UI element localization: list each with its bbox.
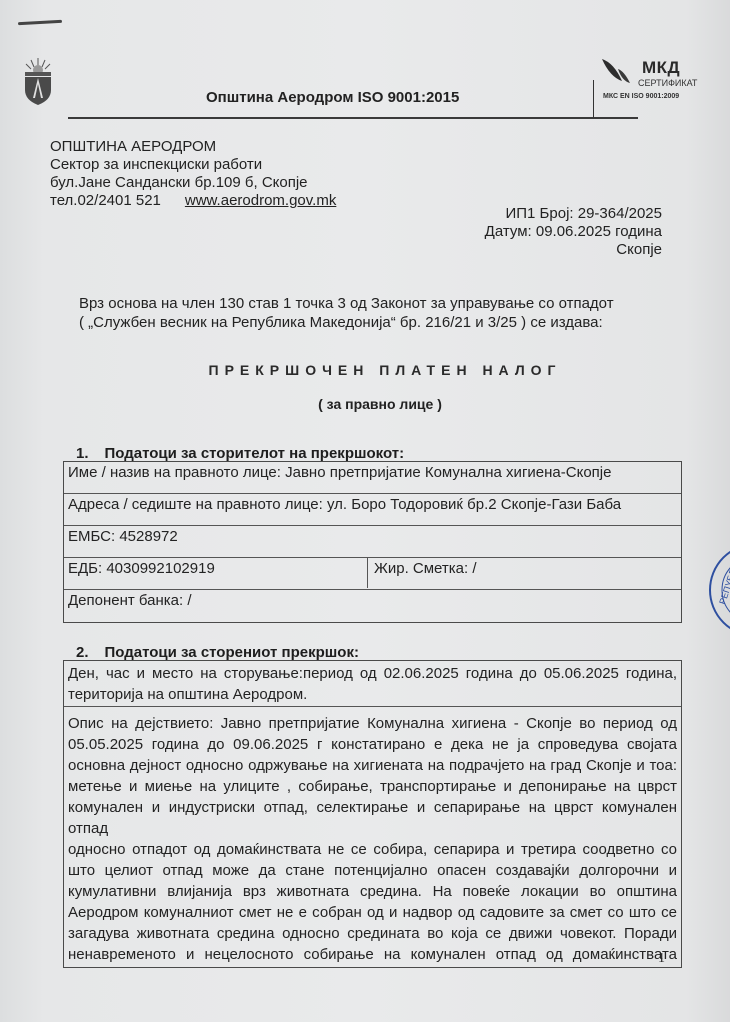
- table-row-name: Име / назив на правното лице: Јавно прет…: [64, 462, 681, 494]
- table-row-edb-account: ЕДБ: 4030992102919 Жир. Сметка: /: [64, 558, 681, 590]
- reference-date: Датум: 09.06.2025 година: [485, 223, 662, 241]
- legal-basis-line-2: ( „Службен весник на Република Македониј…: [79, 313, 614, 332]
- description-line: кумулативни влијанија врз животната сред…: [68, 881, 677, 902]
- description-line: 05.05.2025 година до 09.06.2025 г конста…: [68, 734, 677, 755]
- reference-block: ИП1 Број: 29-364/2025 Датум: 09.06.2025 …: [485, 205, 662, 259]
- legal-basis: Врз основа на член 130 став 1 точка 3 од…: [79, 294, 614, 332]
- sender-block: ОПШТИНА АЕРОДРОМ Сектор за инспекциски р…: [50, 138, 336, 210]
- description-line: ненавременото и нецелосното собирање на …: [68, 944, 677, 965]
- municipality-coat-of-arms-icon: [22, 56, 54, 106]
- sender-department: Сектор за инспекциски работи: [50, 156, 336, 174]
- offender-name: Име / назив на правното лице: Јавно прет…: [68, 464, 611, 493]
- reference-number: ИП1 Број: 29-364/2025: [485, 205, 662, 223]
- document-title: ПРЕКРШОЧЕН ПЛАТЕН НАЛОГ: [0, 362, 730, 378]
- legal-basis-line-1: Врз основа на член 130 став 1 точка 3 од…: [79, 294, 614, 313]
- header-title: Општина Аеродром ISO 9001:2015: [206, 89, 459, 106]
- table-row-bank: Депонент банка: /: [64, 590, 681, 622]
- sender-address: бул.Јане Сандански бр.109 б, Скопје: [50, 174, 336, 192]
- section-1-title: Податоци за сторителот на прекршокот:: [105, 445, 405, 462]
- document-subtitle: ( за правно лице ): [0, 396, 730, 412]
- table-row-embs: ЕМБС: 4528972: [64, 526, 681, 558]
- description-line: Опис на дејствието: Јавно претпријатие К…: [68, 713, 677, 734]
- description-line: комунален и индустриски отпад, селектира…: [68, 797, 677, 839]
- table-row-address: Адреса / седиште на правното лице: ул. Б…: [64, 494, 681, 526]
- page-number: 1: [658, 951, 665, 967]
- offense-data-table: Ден, час и место на сторување:период од …: [63, 660, 682, 968]
- description-line: што целиот отпад може да стане потенција…: [68, 860, 677, 881]
- offense-description: Опис на дејствието: Јавно претпријатие К…: [64, 707, 681, 967]
- website-link[interactable]: www.aerodrom.gov.mk: [185, 192, 336, 209]
- sender-contact: тел.02/2401 521www.aerodrom.gov.mk: [50, 192, 336, 210]
- description-line: основна дејност односно одржување на хиг…: [68, 755, 677, 776]
- section-2-number: 2.: [76, 644, 89, 661]
- section-1-number: 1.: [76, 445, 89, 462]
- description-line: загадува животната средина односно среди…: [68, 923, 677, 944]
- description-line: односно отпадот од домаќинствата не се с…: [68, 839, 677, 860]
- certificate-divider: [593, 80, 594, 118]
- certificate-brand: МКД: [642, 58, 680, 78]
- description-line: Аеродром комуналниот смет не е собран од…: [68, 902, 677, 923]
- leaf-certificate-icon: [600, 55, 640, 87]
- offender-data-table: Име / назив на правното лице: Јавно прет…: [63, 461, 682, 623]
- pen-mark: [18, 20, 62, 25]
- offender-edb: ЕДБ: 4030992102919: [68, 558, 368, 588]
- offender-bank: Депонент банка: /: [68, 592, 192, 622]
- official-stamp-icon: РЕПУБЛИКА А Л: [706, 540, 730, 640]
- sender-org: ОПШТИНА АЕРОДРОМ: [50, 138, 336, 156]
- certificate-standard: МКС EN ISO 9001:2009: [603, 93, 679, 100]
- header-divider: [68, 117, 638, 119]
- section-2-heading: 2.Податоци за сторениот прекршок:: [76, 644, 359, 661]
- offender-address: Адреса / седиште на правното лице: ул. Б…: [68, 496, 621, 525]
- certificate-label: СЕРТИФИКАТ: [638, 78, 697, 88]
- offender-embs: ЕМБС: 4528972: [68, 528, 178, 557]
- section-2-title: Податоци за сторениот прекршок:: [105, 644, 359, 661]
- section-1-heading: 1.Податоци за сторителот на прекршокот:: [76, 445, 404, 462]
- offense-time-place: Ден, час и место на сторување:период од …: [64, 661, 681, 707]
- reference-place: Скопје: [485, 241, 662, 259]
- offender-account: Жир. Сметка: /: [368, 560, 477, 589]
- description-line: метење и миење на улиците , собирање, тр…: [68, 776, 677, 797]
- sender-phone: тел.02/2401 521: [50, 192, 161, 209]
